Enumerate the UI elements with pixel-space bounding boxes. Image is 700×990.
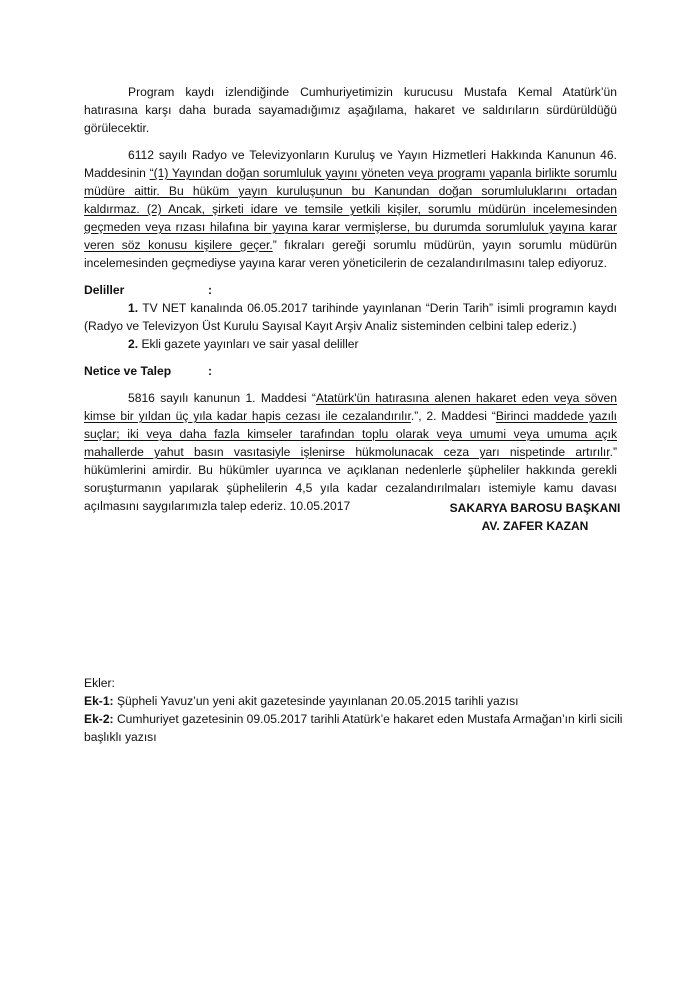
signature-title: SAKARYA BAROSU BAŞKANI	[420, 499, 650, 517]
document-body: Program kaydı izlendiğinde Cumhuriyetimi…	[84, 83, 617, 515]
evidence-item-2: 2. Ekli gazete yayınları ve sair yasal d…	[84, 335, 617, 353]
netice-heading: Netice ve Talep :	[84, 362, 617, 380]
paragraph-law-6112: 6112 sayılı Radyo ve Televizyonların Kur…	[84, 146, 617, 272]
evidence-number-1: 1.	[128, 301, 138, 315]
evidence-text-2: Ekli gazete yayınları ve sair yasal deli…	[138, 337, 358, 351]
attachments-section: Ekler: Ek-1: Şüpheli Yavuz’un yeni akit …	[84, 674, 624, 746]
evidence-number-2: 2.	[128, 337, 138, 351]
netice-label: Netice ve Talep	[84, 362, 208, 380]
request-mid: .”, 2. Maddesi “	[411, 409, 496, 423]
attachments-heading: Ekler:	[84, 674, 624, 692]
evidence-text-1: TV NET kanalında 06.05.2017 tarihinde ya…	[84, 301, 617, 333]
attachment-item-1: Ek-1: Şüpheli Yavuz’un yeni akit gazetes…	[84, 692, 624, 710]
attachment-label-2: Ek-2:	[84, 712, 114, 726]
attachment-text-2: Cumhuriyet gazetesinin 09.05.2017 tarihl…	[84, 712, 622, 744]
deliller-heading: Deliller :	[84, 281, 617, 299]
netice-colon: :	[208, 362, 212, 380]
signature-name: AV. ZAFER KAZAN	[420, 517, 650, 535]
signature-block: SAKARYA BAROSU BAŞKANI AV. ZAFER KAZAN	[420, 499, 650, 535]
deliller-label: Deliller	[84, 281, 208, 299]
evidence-item-1: 1. TV NET kanalında 06.05.2017 tarihinde…	[84, 299, 617, 335]
attachment-label-1: Ek-1:	[84, 694, 114, 708]
paragraph-program-record: Program kaydı izlendiğinde Cumhuriyetimi…	[84, 83, 617, 137]
attachment-item-2: Ek-2: Cumhuriyet gazetesinin 09.05.2017 …	[84, 710, 624, 746]
request-intro: 5816 sayılı kanunun 1. Maddesi “	[128, 391, 316, 405]
deliller-colon: :	[208, 281, 212, 299]
attachment-text-1: Şüpheli Yavuz’un yeni akit gazetesinde y…	[114, 694, 519, 708]
paragraph-request: 5816 sayılı kanunun 1. Maddesi “Atatürk'…	[84, 389, 617, 515]
